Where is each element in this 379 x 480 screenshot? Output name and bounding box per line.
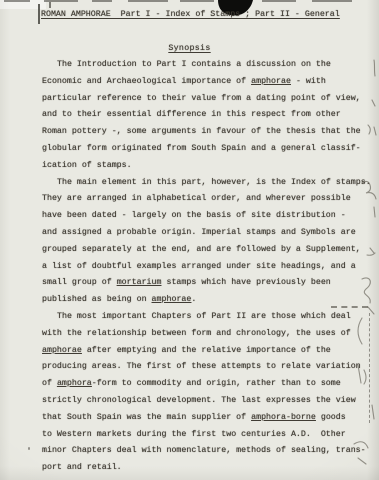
text-line: with the relationship between form and c… bbox=[42, 326, 378, 343]
text-line: minor Chapters deal with nomenclature, m… bbox=[42, 443, 378, 460]
paragraph: The Introduction to Part I contains a di… bbox=[42, 57, 378, 175]
text-line: port and retail. bbox=[42, 460, 378, 477]
scanned-document-page: ROMAN AMPHORAE Part I - Index of Stamps … bbox=[0, 0, 379, 480]
text-line: Economic and Archaeological importance o… bbox=[42, 74, 378, 91]
text-line: to Western markets during the first two … bbox=[42, 427, 378, 444]
text-line: strictly chronological development. The … bbox=[42, 393, 378, 410]
text-line: amphorae after emptying and the relative… bbox=[42, 343, 378, 360]
paragraph-list: The Introduction to Part I contains a di… bbox=[42, 57, 378, 477]
paragraph: The main element in this part, however, … bbox=[42, 175, 378, 309]
text-line: small group of mortarium stamps which ha… bbox=[42, 275, 378, 292]
text-line: They are arranged in alphabetical order,… bbox=[42, 191, 378, 208]
text-line: published as being on amphorae. bbox=[42, 292, 378, 309]
document-title: ROMAN AMPHORAE Part I - Index of Stamps … bbox=[41, 8, 340, 22]
text-line: and to their essential difference in thi… bbox=[42, 107, 378, 124]
text-line: The main element in this part, however, … bbox=[42, 175, 378, 192]
text-line: ication of stamps. bbox=[42, 158, 378, 175]
text-line: a list of doubtful examples arranged und… bbox=[42, 259, 378, 276]
document-content: ROMAN AMPHORAE Part I - Index of Stamps … bbox=[0, 0, 379, 480]
text-line: grouped separately at the end, and are f… bbox=[42, 242, 378, 259]
paragraph: The most important Chapters of Part II a… bbox=[42, 309, 378, 477]
text-line: of amphora-form to commodity and origin,… bbox=[42, 376, 378, 393]
text-line: The most important Chapters of Part II a… bbox=[42, 309, 378, 326]
text-line: that South Spain was the main supplier o… bbox=[42, 410, 378, 427]
synopsis-heading: Synopsis bbox=[0, 44, 379, 53]
text-line: have been dated - largely on the basis o… bbox=[42, 208, 378, 225]
text-line: producing areas. The first of these atte… bbox=[42, 359, 378, 376]
text-line: and assigned a probable origin. Imperial… bbox=[42, 225, 378, 242]
text-line: globular form originated from South Spai… bbox=[42, 141, 378, 158]
text-line: particular reference to their value from… bbox=[42, 91, 378, 108]
text-line: Roman pottery -, some arguments in favou… bbox=[42, 124, 378, 141]
text-line: The Introduction to Part I contains a di… bbox=[42, 57, 378, 74]
